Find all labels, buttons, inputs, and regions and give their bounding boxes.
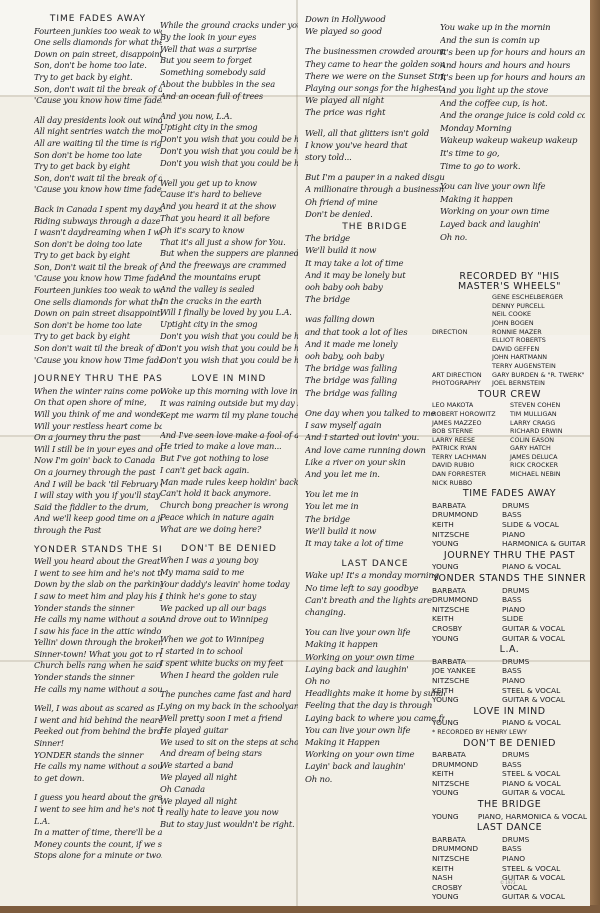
crew-name: RICHARD ERWIN xyxy=(510,427,563,436)
personnel-row: YOUNGHARMONICA & GUITAR xyxy=(432,539,587,549)
lyric-line: I know you've heard that xyxy=(305,140,445,152)
musician-name: DRUMMOND xyxy=(432,595,502,605)
lyric-line: It's been up for hours and hours and hou… xyxy=(440,72,585,85)
stanza-gap xyxy=(305,481,445,489)
lyric-line: Wakeup wakeup wakeup wakeup xyxy=(440,135,585,148)
lyric-line: Down in Hollywood xyxy=(305,14,445,26)
lyric-line: And the orange juice is cold cold cold..… xyxy=(440,110,585,123)
recording-note: * RECORDED BY HENRY LEWY xyxy=(432,728,587,737)
instrument: GUITAR & VOCAL xyxy=(502,788,565,798)
lyric-line: Layin' back and laughin' xyxy=(305,761,445,773)
musician-name: YOUNG xyxy=(432,812,478,822)
lyric-line: Laying back to where you came from xyxy=(305,713,445,725)
musician-name: YOUNG xyxy=(432,718,502,728)
lyric-line: It's time to go, xyxy=(440,148,585,161)
crew-name: MICHAEL NEBIN xyxy=(510,470,561,479)
lyric-line: It may take a lot of time xyxy=(305,258,445,270)
musician-name: NITZSCHE xyxy=(432,676,502,686)
lyric-line: That you heard it all before xyxy=(160,213,298,225)
lyric-line: We started a band xyxy=(160,760,298,772)
lyric-line: Don't you wish that you could be here to… xyxy=(160,355,298,367)
lyric-line: Will your restless heart come back to mi… xyxy=(34,421,162,433)
personnel-row: NITZSCHEPIANO xyxy=(432,676,587,686)
personnel-song-title: JOURNEY THRU THE PAST xyxy=(432,551,587,561)
musician-name: KEITH xyxy=(432,614,502,624)
lyric-line: You let me in xyxy=(305,489,445,501)
song-title: YONDER STANDS THE SINNER xyxy=(34,545,162,557)
lyric-line: Yellin' down through the broken pane xyxy=(34,637,162,649)
personnel-row: YOUNGPIANO & VOCAL xyxy=(432,562,587,572)
lyric-line: ooh baby ooh baby xyxy=(305,282,445,294)
lyric-line: And dream of being stars xyxy=(160,748,298,760)
personnel-row: DRUMMONDBASS xyxy=(432,760,587,770)
lyric-line: Can't hold it back anymore. xyxy=(160,488,298,500)
lyric-line: Don't you wish that you could be here to… xyxy=(160,134,298,146)
recorded-by-heading: RECORDED BY "HIS MASTER'S WHEELS" xyxy=(432,272,587,291)
lyric-line: was falling down xyxy=(305,314,445,326)
crew-name: LARRY CRAGG xyxy=(510,419,555,428)
lyric-line: And the freeways are crammed xyxy=(160,260,298,272)
crew-row: PATRICK RYANGARY HATCH xyxy=(432,444,587,453)
lyric-line: What are we doing here? xyxy=(160,524,298,536)
credit-row: ART DIRECTIONGARY BURDEN & "R. TWERK" xyxy=(432,371,587,380)
personnel-row: BARBATADRUMS xyxy=(432,501,587,511)
lyric-line: I went and hid behind the nearest tree xyxy=(34,715,162,727)
musician-name: JOE YANKEE xyxy=(432,666,502,676)
lyric-line: He tried to make a love man... xyxy=(160,441,298,453)
lyric-line: A millionaire through a businessman's ey… xyxy=(305,184,445,196)
lyric-line: And we'll keep good time on a journey xyxy=(34,513,162,525)
instrument: DRUMS xyxy=(502,501,529,511)
lyric-line: Well, I was about as scared as I could b… xyxy=(34,703,162,715)
musician-name: BARBATA xyxy=(432,750,502,760)
lyric-line: Time to go to work. xyxy=(440,161,585,174)
lyric-line: Son don't be home too late xyxy=(34,150,162,162)
personnel-row: DRUMMONDBASS xyxy=(432,510,587,520)
lyric-line: There we were on the Sunset Strip xyxy=(305,71,445,83)
lyric-line: Making it happen xyxy=(305,639,445,651)
lyric-line: Down on pain street disappointment lurks xyxy=(34,308,162,320)
lyric-line: Sinner-town! What you got to run for? xyxy=(34,649,162,661)
musician-name: YOUNG xyxy=(432,634,502,644)
credit-role xyxy=(432,362,492,371)
lyric-line: On a journey through the past xyxy=(34,467,162,479)
credit-row: JOHN BOGEN xyxy=(432,319,587,328)
instrument: STEEL & VOCAL xyxy=(502,769,560,779)
lyric-line: But I'm a pauper in a naked disguise xyxy=(305,172,445,184)
song-title: TIME FADES AWAY xyxy=(34,14,162,26)
lyrics-column-3: Down in HollywoodWe played so goodThe bu… xyxy=(305,14,445,786)
lyric-line: 'Cause you know how time fades away. xyxy=(34,95,162,107)
song-title: JOURNEY THRU THE PAST xyxy=(34,374,162,386)
credit-row: DIRECTIONRONNIE MAZER xyxy=(432,328,587,337)
lyric-line: The bridge was falling xyxy=(305,388,445,400)
lyric-line: Well pretty soon I met a friend xyxy=(160,713,298,725)
credit-name: DENNY PURCELL xyxy=(492,302,545,311)
credit-row: ELLIOT ROBERTS xyxy=(432,336,587,345)
lyric-line: through the Past xyxy=(34,525,162,537)
personnel-song-title: DON'T BE DENIED xyxy=(432,739,587,749)
stanza-gap xyxy=(160,536,298,544)
lyric-line: Try to get back by eight xyxy=(34,250,162,262)
lyric-line: I think he's gone to stay xyxy=(160,591,298,603)
lyric-line: And the coffee cup, is hot. xyxy=(440,98,585,111)
crew-name: NICK RUBBO xyxy=(432,479,510,488)
lyric-line: Can't breath and the lights are xyxy=(305,595,445,607)
crew-name: BOB STERNE xyxy=(432,427,510,436)
lyric-line: The businessmen crowded around xyxy=(305,46,445,58)
lyric-line: One day when you talked to me xyxy=(305,408,445,420)
lyric-line: Down on pain street, disappointment lurk… xyxy=(34,49,162,61)
stanza-gap xyxy=(160,681,298,689)
lyric-line: Lying on my back in the schoolyard xyxy=(160,701,298,713)
instrument: DRUMS xyxy=(502,835,529,845)
stanza-gap xyxy=(305,306,445,314)
lyric-line: And hours and hours and hours xyxy=(440,60,585,73)
lyric-line: Uptight city in the smog xyxy=(160,319,298,331)
lyric-line: They came to hear the golden sound xyxy=(305,59,445,71)
lyric-line: He calls my name without a sound. xyxy=(34,684,162,696)
credit-role: DIRECTION xyxy=(432,328,492,337)
lyric-line: The bridge xyxy=(305,294,445,306)
musician-name: KEITH xyxy=(432,864,502,874)
lyric-line: On a journey thru the past xyxy=(34,432,162,444)
crew-name: TERRY LACHMAN xyxy=(432,453,510,462)
lyric-line: And it may be lonely but xyxy=(305,270,445,282)
instrument: GUITAR & VOCAL xyxy=(502,695,565,705)
lyric-line: I saw to meet him and play his game. xyxy=(34,591,162,603)
lyric-line: You wake up in the mornin xyxy=(440,22,585,35)
musician-name: CROSBY xyxy=(432,624,502,634)
credit-role xyxy=(432,293,492,302)
credit-name: RONNIE MAZER xyxy=(492,328,542,337)
lyric-line: I saw myself again xyxy=(305,420,445,432)
instrument: PIANO & VOCAL xyxy=(502,562,561,572)
lyrics-column-2: While the ground cracks under you.By the… xyxy=(160,20,298,831)
lyric-line: The price was right xyxy=(305,107,445,119)
song-title: LAST DANCE xyxy=(305,558,445,570)
lyric-line: When I heard the golden rule xyxy=(160,670,298,682)
lyric-line: Son don't be doing too late xyxy=(34,239,162,251)
credit-row: DENNY PURCELL xyxy=(432,302,587,311)
musician-name: YOUNG xyxy=(432,562,502,572)
instrument: HARMONICA & GUITAR xyxy=(502,539,586,549)
personnel-row: DRUMMONDBASS xyxy=(432,844,587,854)
instrument: BASS xyxy=(502,595,522,605)
stanza-gap xyxy=(34,366,162,374)
lyric-line: By the look in your eyes xyxy=(160,32,298,44)
lyric-line: Son don't wait til the break of day xyxy=(34,343,162,355)
lyric-line: Don't be denied. xyxy=(305,209,445,221)
personnel-row: YOUNGPIANO & VOCAL xyxy=(432,718,587,728)
lyric-line: You can live your own life xyxy=(305,627,445,639)
lyric-line: Your daddy's leavin' home today xyxy=(160,579,298,591)
credit-role xyxy=(432,353,492,362)
lyric-line: And it made me lonely xyxy=(305,339,445,351)
lyric-line: Son, don't wait til the break of day xyxy=(34,84,162,96)
crew-row: ROBERT HOROWITZTIM MULLIGAN xyxy=(432,410,587,419)
personnel-row: KEITHSTEEL & VOCAL xyxy=(432,769,587,779)
musician-name: BARBATA xyxy=(432,835,502,845)
lyric-line: and that took a lot of lies xyxy=(305,327,445,339)
personnel-row: YOUNGGUITAR & VOCAL xyxy=(432,892,587,902)
lyric-line: Well you heard about the Great Pretender… xyxy=(34,556,162,568)
musician-name: CROSBY xyxy=(432,883,502,893)
crew-row: DAN FORRESTERMICHAEL NEBIN xyxy=(432,470,587,479)
crew-name: LARRY REESE xyxy=(432,436,510,445)
lyric-line: Oh no. xyxy=(440,232,585,245)
lyric-line: I really hate to leave you now xyxy=(160,807,298,819)
wood-surface-bottom xyxy=(0,905,600,913)
musician-name: NITZSCHE xyxy=(432,605,502,615)
crew-row: JAMES MAZZEOLARRY CRAGG xyxy=(432,419,587,428)
lyric-line: We played all night xyxy=(160,796,298,808)
credit-name: JOEL BERNSTEIN xyxy=(492,379,545,388)
lyric-line: Making it Happen xyxy=(305,737,445,749)
personnel-row: NITZSCHEPIANO & VOCAL xyxy=(432,779,587,789)
lyric-line: Son, don't wait til the break of day xyxy=(34,173,162,185)
lyric-line: Don't you wish that you could be here to… xyxy=(160,158,298,170)
crew-row: DAVID RUBIORICK CROCKER xyxy=(432,461,587,470)
lyric-line: All are waiting til the time is right xyxy=(34,138,162,150)
lyric-line: Oh no xyxy=(305,676,445,688)
lyric-line: Will I finally be loved by you L.A. xyxy=(160,307,298,319)
personnel-row: BARBATADRUMS xyxy=(432,586,587,596)
lyric-line: I can't get back again. xyxy=(160,465,298,477)
instrument: BASS xyxy=(502,844,522,854)
lyric-line: Son don't be home too late xyxy=(34,320,162,332)
lyric-line: He played guitar xyxy=(160,725,298,737)
lyric-line: Don't you wish that you could be here to… xyxy=(160,146,298,158)
lyric-line: And you let me in. xyxy=(305,469,445,481)
lyric-line: Peeked out from behind the branches xyxy=(34,726,162,738)
copyright-note: © 1973 xyxy=(500,880,515,885)
credit-role xyxy=(432,310,492,319)
lyric-line: And the sun is comin up xyxy=(440,35,585,48)
lyric-line: I wasn't daydreaming when I was raised xyxy=(34,227,162,239)
credit-name: GENE ESCHELBERGER xyxy=(492,293,563,302)
credit-name: JOHN BOGEN xyxy=(492,319,534,328)
stanza-gap xyxy=(305,164,445,172)
stanza-gap xyxy=(160,103,298,111)
lyric-line: Try to get back by eight. xyxy=(34,72,162,84)
lyric-line: Monday Morning xyxy=(440,123,585,136)
lyric-line: I started in to school xyxy=(160,646,298,658)
lyric-line: We'll build it now xyxy=(305,526,445,538)
lyric-line: Will you think of me and wonder if I'm f… xyxy=(34,409,162,421)
personnel-row: NITZSCHEPIANO xyxy=(432,854,587,864)
stanza-gap xyxy=(305,38,445,46)
crew-row: NICK RUBBO xyxy=(432,479,587,488)
lyric-line: You can live your own life xyxy=(440,181,585,194)
lyric-line: When the winter rains come pourin' down xyxy=(34,386,162,398)
stanza-gap xyxy=(34,784,162,792)
personnel-row: YOUNGGUITAR & VOCAL xyxy=(432,788,587,798)
lyrics-column-4: You wake up in the morninAnd the sun is … xyxy=(440,22,585,244)
musician-name: YOUNG xyxy=(432,539,502,549)
instrument: PIANO xyxy=(502,530,525,540)
lyric-line: I went to see him and he's not the same. xyxy=(34,804,162,816)
crew-name: DAVID RUBIO xyxy=(432,461,510,470)
lyric-line: story told... xyxy=(305,152,445,164)
lyric-line: Will I still be in your eyes and on your… xyxy=(34,444,162,456)
lyric-line: All day presidents look out windows xyxy=(34,115,162,127)
stanza-gap xyxy=(34,196,162,204)
lyric-line: In a matter of time, there'll be a frien… xyxy=(34,827,162,839)
lyric-line: The punches came fast and hard xyxy=(160,689,298,701)
credit-role xyxy=(432,319,492,328)
lyric-line: And you light up the stove xyxy=(440,85,585,98)
instrument: STEEL & VOCAL xyxy=(502,864,560,874)
musician-name: DRUMMOND xyxy=(432,844,502,854)
credit-role xyxy=(432,345,492,354)
lyric-line: Son, Don't wait til the break of day xyxy=(34,262,162,274)
lyric-line: Try to get back by eight xyxy=(34,331,162,343)
stanza-gap xyxy=(34,695,162,703)
lyric-line: Well you get up to know xyxy=(160,178,298,190)
personnel-row: BARBATADRUMS xyxy=(432,750,587,760)
tour-crew-heading: TOUR CREW xyxy=(432,390,587,400)
instrument: GUITAR & VOCAL xyxy=(502,892,565,902)
lyric-line: While the ground cracks under you. xyxy=(160,20,298,32)
lyric-line: All night sentries watch the moon glow xyxy=(34,126,162,138)
lyric-line: On that open shore of mine, xyxy=(34,397,162,409)
personnel-row: KEITHSLIDE xyxy=(432,614,587,624)
lyric-line: Wake up! It's a monday morning xyxy=(305,570,445,582)
lyric-line: The bridge xyxy=(305,233,445,245)
lyric-line: Playing our songs for the highest bid xyxy=(305,83,445,95)
personnel-row: YOUNGGUITAR & VOCAL xyxy=(432,634,587,644)
lyric-line: Down by the slab on the parking lot cind… xyxy=(34,579,162,591)
personnel-row: YOUNGGUITAR & VOCAL xyxy=(432,695,587,705)
lyric-line: L.A. xyxy=(34,816,162,828)
instrument: SLIDE & VOCAL xyxy=(502,520,559,530)
crew-name: RICK CROCKER xyxy=(510,461,558,470)
lyric-line: That it's all just a show for You. xyxy=(160,237,298,249)
stanza-gap xyxy=(160,366,298,374)
lyric-line: It may take a lot of time xyxy=(305,538,445,550)
lyric-line: One sells diamonds for what they're wort… xyxy=(34,37,162,49)
lyric-line: Uptight city in the smog xyxy=(160,122,298,134)
lyric-line: When we got to Winnipeg xyxy=(160,634,298,646)
personnel-row: NITZSCHEPIANO xyxy=(432,530,587,540)
lyric-line: And an ocean full of trees xyxy=(160,91,298,103)
crew-row: LEO MAKOTASTEVEN COHEN xyxy=(432,401,587,410)
album-credits: RECORDED BY "HIS MASTER'S WHEELS"GENE ES… xyxy=(432,270,587,902)
lyric-line: Making it happen xyxy=(440,194,585,207)
lyric-line: Oh friend of mine xyxy=(305,197,445,209)
credit-name: TERRY AUGENSTEIN xyxy=(492,362,556,371)
lyric-line: The bridge xyxy=(305,514,445,526)
stanza-gap xyxy=(305,120,445,128)
crew-row: TERRY LACHMANJAMES DELUCA xyxy=(432,453,587,462)
musician-name: KEITH xyxy=(432,686,502,696)
lyric-line: And you heard it at the show xyxy=(160,201,298,213)
lyric-line: Fourteen junkies too weak to work xyxy=(34,26,162,38)
lyric-line: But to stay just wouldn't be right. xyxy=(160,819,298,831)
lyric-line: Yonder stands the sinner xyxy=(34,603,162,615)
musician-name: NASH xyxy=(432,873,502,883)
stanza-gap xyxy=(160,422,298,430)
lyric-line: Yonder stands the sinner xyxy=(34,672,162,684)
instrument: DRUMS xyxy=(502,750,529,760)
personnel-song-title: THE BRIDGE xyxy=(432,800,587,810)
lyric-line: Oh Canada xyxy=(160,784,298,796)
personnel-song-title: YONDER STANDS THE SINNER xyxy=(432,574,587,584)
lyric-line: We packed up all our bags xyxy=(160,603,298,615)
lyric-line: Cause it's hard to believe xyxy=(160,189,298,201)
lyric-line: And I've seen love make a fool of a man xyxy=(160,430,298,442)
instrument: PIANO xyxy=(502,854,525,864)
personnel-song-title: L.A. xyxy=(432,645,587,655)
lyric-line: Church bong preacher is wrong xyxy=(160,500,298,512)
lyric-line: You can live your own life xyxy=(305,725,445,737)
lyric-line: Like a river on your skin xyxy=(305,457,445,469)
crew-name: ROBERT HOROWITZ xyxy=(432,410,510,419)
instrument: PIANO xyxy=(502,605,525,615)
lyric-line: About the bubbles in the sea xyxy=(160,79,298,91)
crew-row: LARRY REESECOLIN EASON xyxy=(432,436,587,445)
lyric-line: He calls my name without a sound xyxy=(34,761,162,773)
lyric-line: Back in Canada I spent my days xyxy=(34,204,162,216)
lyric-line: But when the suppers are planned xyxy=(160,248,298,260)
crew-name: STEVEN COHEN xyxy=(510,401,560,410)
song-title: LOVE IN MIND xyxy=(160,374,298,386)
personnel-song-title: LOVE IN MIND xyxy=(432,707,587,717)
lyric-line: The bridge was falling xyxy=(305,375,445,387)
personnel-row: KEITHSTEEL & VOCAL xyxy=(432,864,587,874)
lyric-line: Laying back and laughin' xyxy=(305,664,445,676)
lyric-line: He calls my name without a sound! xyxy=(34,614,162,626)
lyric-line: to get down. xyxy=(34,773,162,785)
stanza-gap xyxy=(34,107,162,115)
lyric-line: Stops alone for a minute or two... xyxy=(34,850,162,862)
lyric-line: Headlights make it home by sundown xyxy=(305,688,445,700)
lyric-line: I went to see him and he's not the same xyxy=(34,568,162,580)
personnel-row: CROSBYGUITAR & VOCAL xyxy=(432,624,587,634)
song-title: THE BRIDGE xyxy=(305,221,445,233)
lyric-line: Now I'm goin' back to Canada xyxy=(34,455,162,467)
stanza-gap xyxy=(305,400,445,408)
lyric-line: And you now, L.A. xyxy=(160,111,298,123)
lyric-line: Well, all that glitters isn't gold xyxy=(305,128,445,140)
lyric-line: We played so good xyxy=(305,26,445,38)
lyric-line: In the cracks in the earth xyxy=(160,296,298,308)
lyric-line: And I started out lovin' you. xyxy=(305,432,445,444)
stanza-gap xyxy=(305,550,445,558)
personnel-row: BARBATADRUMS xyxy=(432,657,587,667)
personnel-row: KEITHSLIDE & VOCAL xyxy=(432,520,587,530)
lyric-line: Feeling that the day is through xyxy=(305,700,445,712)
crew-row: BOB STERNERICHARD ERWIN xyxy=(432,427,587,436)
credit-name: ELLIOT ROBERTS xyxy=(492,336,546,345)
lyric-line: I will stay with you if you'll stay with… xyxy=(34,490,162,502)
instrument: PIANO & VOCAL xyxy=(502,718,561,728)
lyric-line: 'Cause you know how Time fades away xyxy=(34,355,162,367)
instrument: BASS xyxy=(502,510,522,520)
stanza-gap xyxy=(34,537,162,545)
lyric-line: We'll build it now xyxy=(305,245,445,257)
lyric-line: Sinner! xyxy=(34,738,162,750)
lyric-line: It was raining outside but my day still … xyxy=(160,398,298,410)
musician-name: YOUNG xyxy=(432,892,502,902)
lyric-line: ooh baby, ooh baby xyxy=(305,351,445,363)
lyric-line: I spent white bucks on my feet xyxy=(160,658,298,670)
instrument: GUITAR & VOCAL xyxy=(502,624,565,634)
crew-name: COLIN EASON xyxy=(510,436,554,445)
personnel-row: BARBATADRUMS xyxy=(432,835,587,845)
lyric-line: Kept me warm til my plane touched down xyxy=(160,410,298,422)
